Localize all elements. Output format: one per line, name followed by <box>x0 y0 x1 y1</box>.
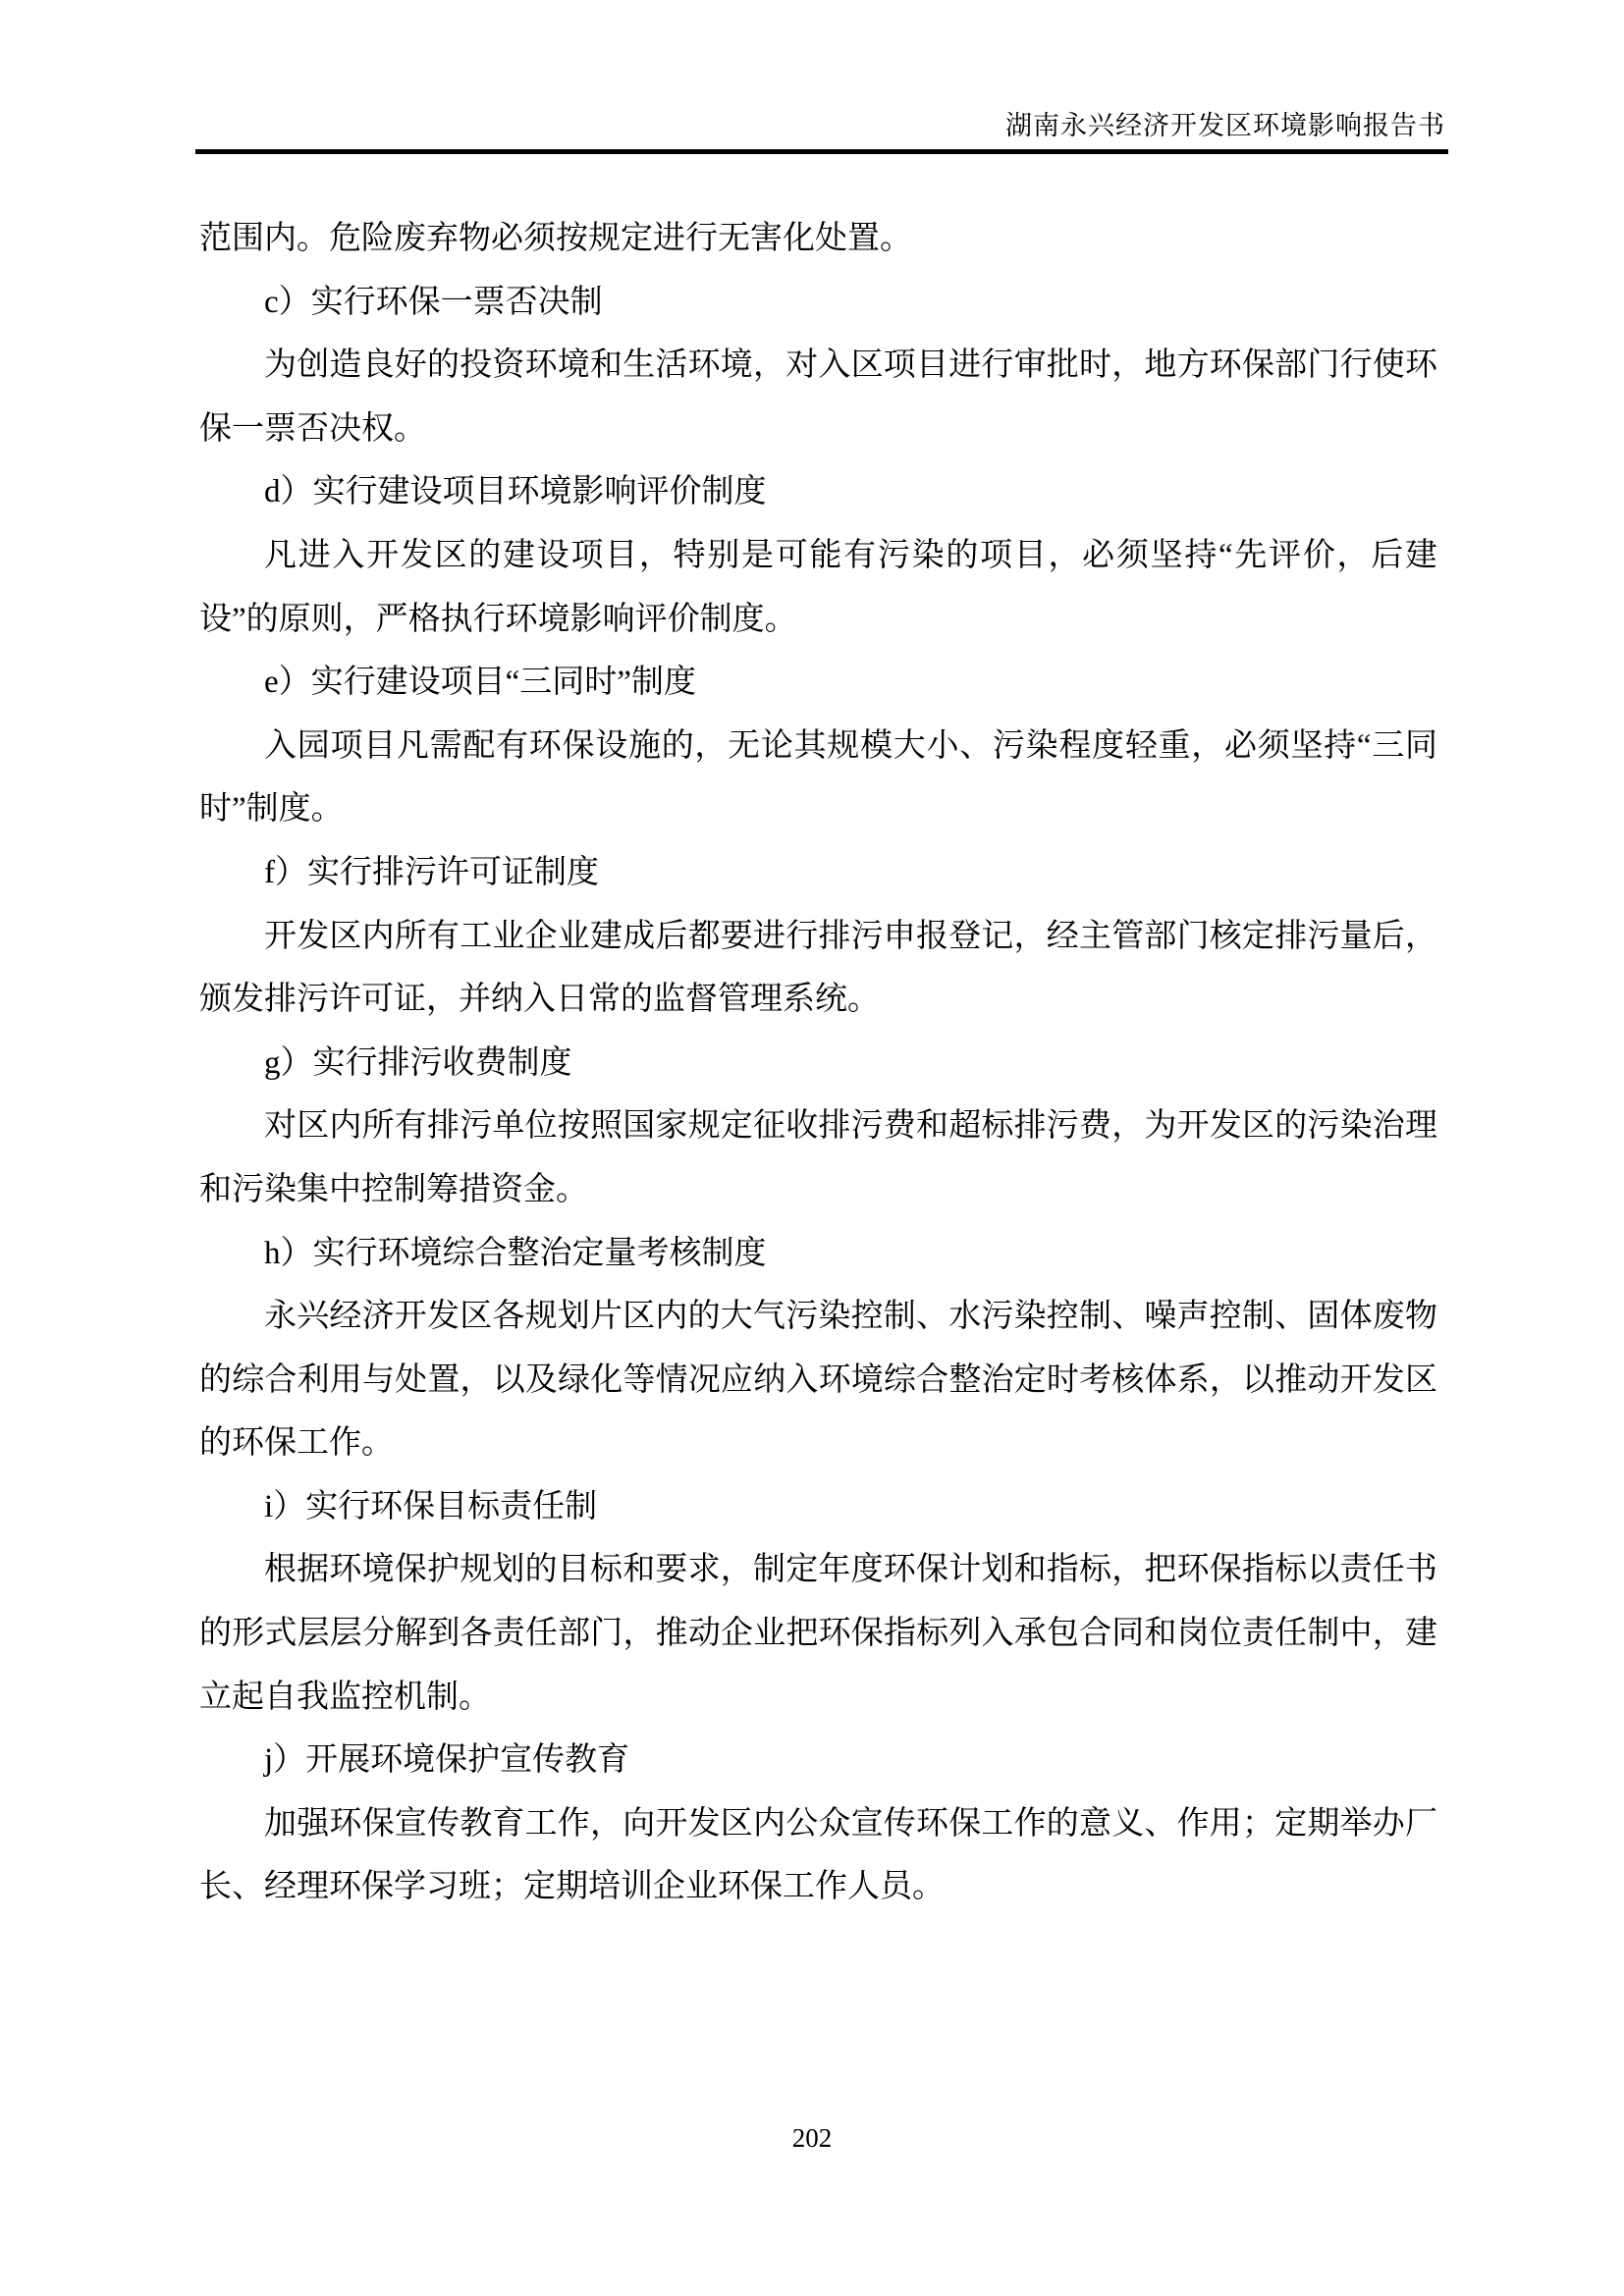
document-page: 湖南永兴经济开发区环境影响报告书 范围内。危险废弃物必须按规定进行无害化处置。 … <box>0 0 1624 2296</box>
header-title: 湖南永兴经济开发区环境影响报告书 <box>196 108 1445 143</box>
heading-e: e）实行建设项目“三同时”制度 <box>199 651 1437 715</box>
heading-j: j）开展环境保护宣传教育 <box>199 1729 1437 1792</box>
heading-c: c）实行环保一票否决制 <box>199 271 1437 335</box>
paragraph-g: 对区内所有排污单位按照国家规定征收排污费和超标排污费，为开发区的污染治理和污染集… <box>199 1095 1437 1221</box>
paragraph-i: 根据环境保护规划的目标和要求，制定年度环保计划和指标，把环保指标以责任书的形式层… <box>199 1538 1437 1729</box>
paragraph-c: 为创造良好的投资环境和生活环境，对入区项目进行审批时，地方环保部门行使环保一票否… <box>199 334 1437 460</box>
heading-h: h）实行环境综合整治定量考核制度 <box>199 1222 1437 1286</box>
paragraph-e: 入园项目凡需配有环保设施的，无论其规模大小、污染程度轻重，必须坚持“三同时”制度… <box>199 715 1437 841</box>
paragraph-j: 加强环保宣传教育工作，向开发区内公众宣传环保工作的意义、作用；定期举办厂长、经理… <box>199 1792 1437 1919</box>
heading-g: g）实行排污收费制度 <box>199 1032 1437 1095</box>
heading-i: i）实行环保目标责任制 <box>199 1475 1437 1539</box>
paragraph-continuation: 范围内。危险废弃物必须按规定进行无害化处置。 <box>199 207 1437 271</box>
paragraph-d: 凡进入开发区的建设项目，特别是可能有污染的项目，必须坚持“先评价，后建设”的原则… <box>199 524 1437 651</box>
document-body: 范围内。危险废弃物必须按规定进行无害化处置。 c）实行环保一票否决制 为创造良好… <box>199 207 1437 1919</box>
paragraph-h: 永兴经济开发区各规划片区内的大气污染控制、水污染控制、噪声控制、固体废物的综合利… <box>199 1285 1437 1475</box>
paragraph-f: 开发区内所有工业企业建成后都要进行排污申报登记，经主管部门核定排污量后，颁发排污… <box>199 905 1437 1032</box>
heading-f: f）实行排污许可证制度 <box>199 841 1437 905</box>
heading-d: d）实行建设项目环境影响评价制度 <box>199 460 1437 524</box>
page-number: 202 <box>0 2121 1624 2155</box>
header-rule <box>195 149 1448 154</box>
